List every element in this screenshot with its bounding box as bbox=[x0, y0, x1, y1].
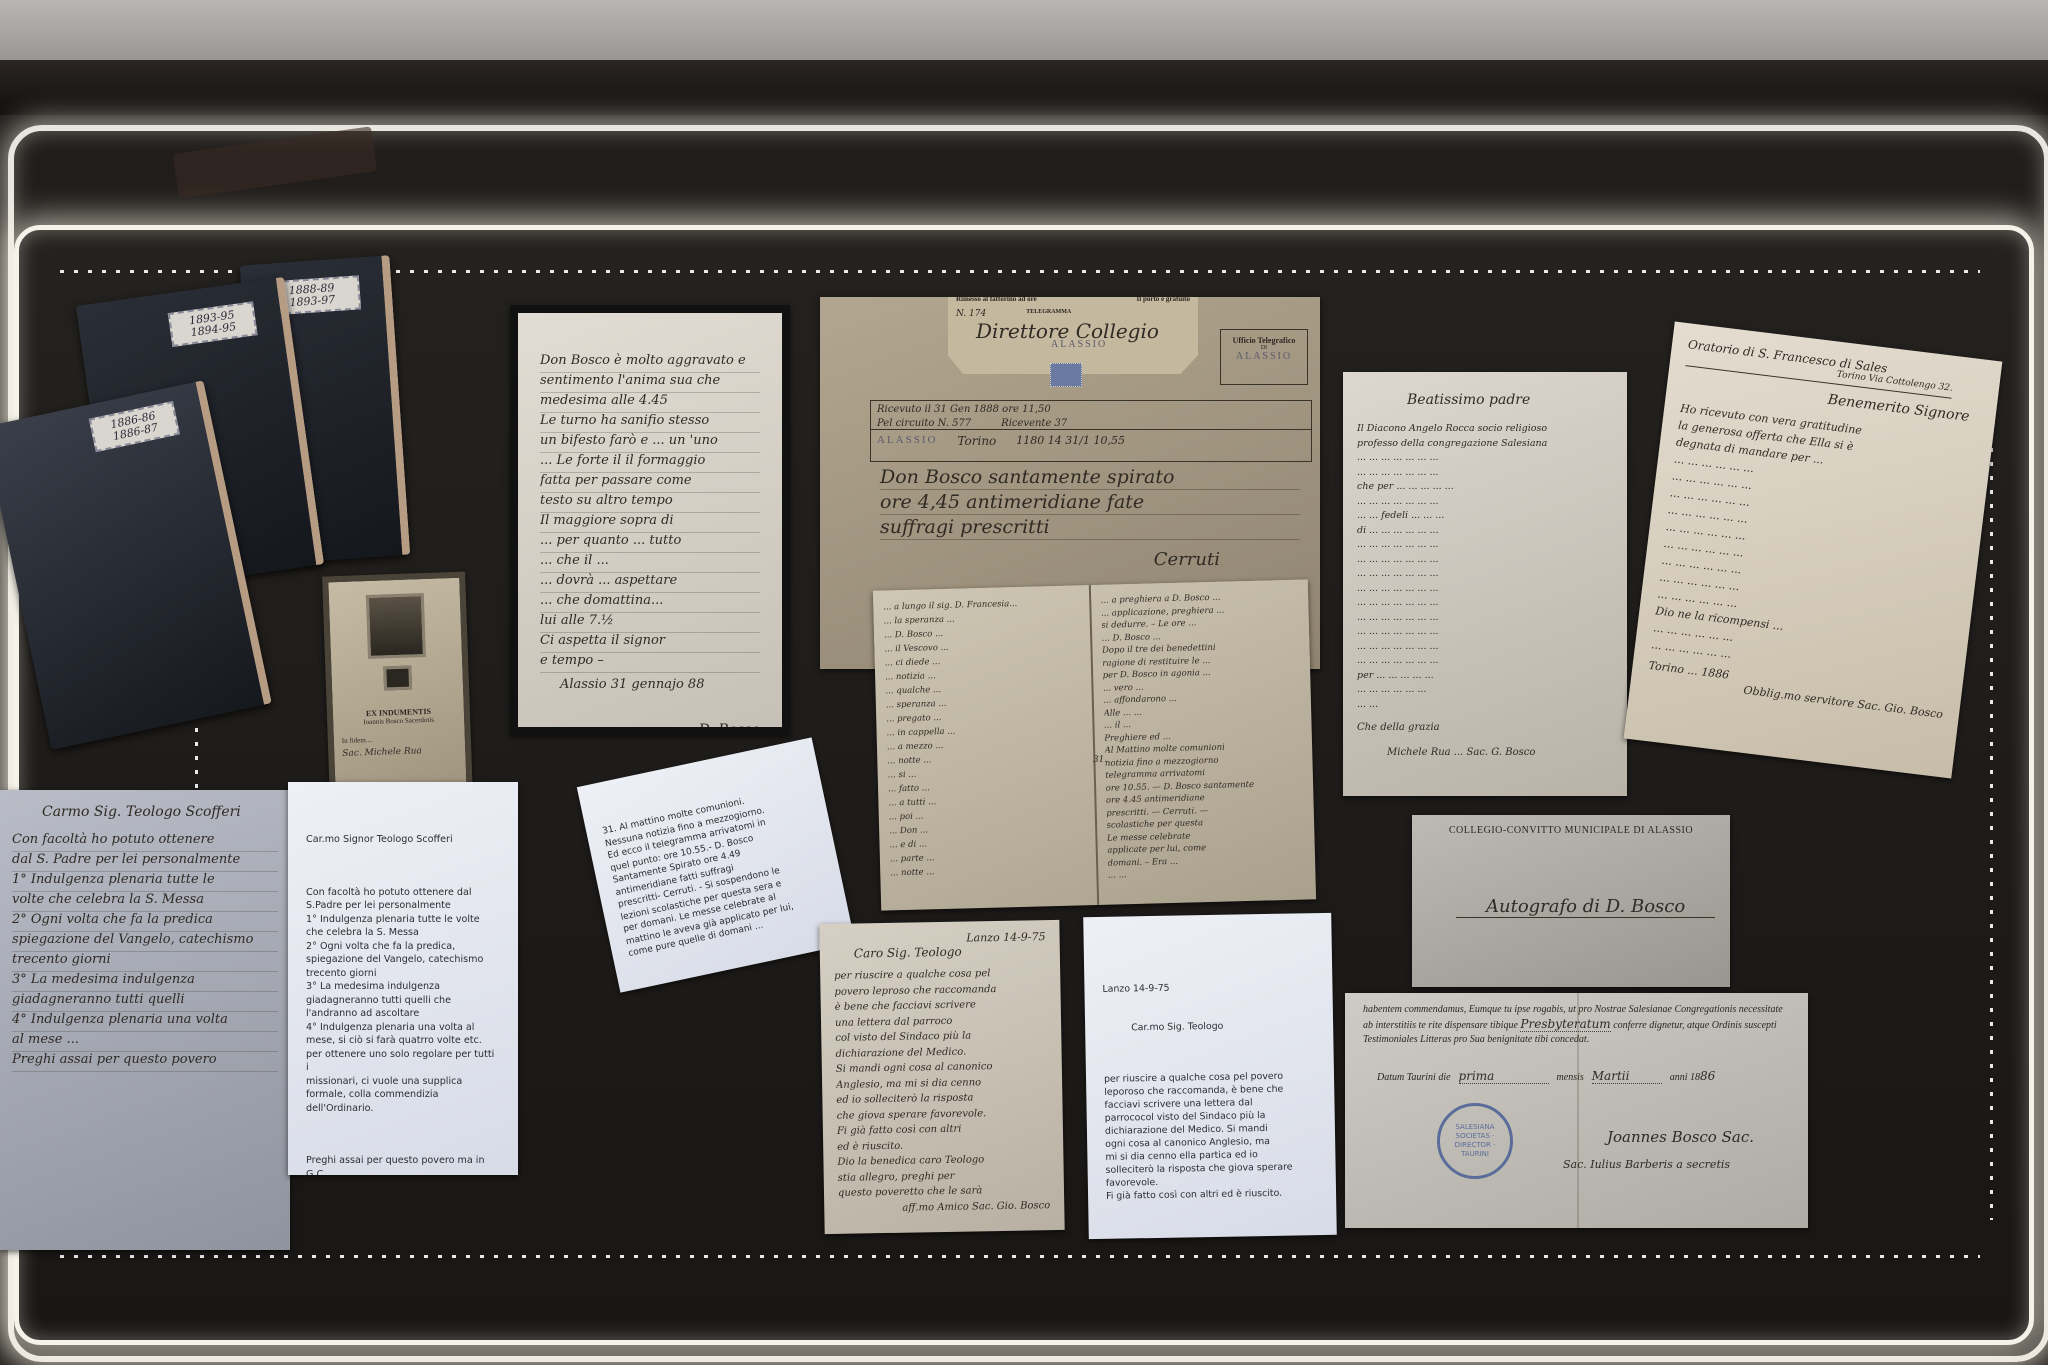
letter-line: ... ... ... ... ... ... ... bbox=[1357, 640, 1613, 655]
telegram-form-fields: Ricevuto il 31 Gen 1888 ore 11,50 Pel ci… bbox=[870, 400, 1312, 462]
letter-line: che per ... ... ... ... ... bbox=[1357, 480, 1613, 495]
datum-day: prima bbox=[1459, 1069, 1549, 1084]
letter-oratorio-san-francesco-di-sales[interactable]: Oratorio di S. Francesco di Sales Torino… bbox=[1624, 321, 2003, 778]
letter-line: Il maggiore sopra di bbox=[540, 513, 760, 533]
strip-type: TELEGRAMMA bbox=[1026, 309, 1071, 319]
letter-line: di ... ... ... ... ... ... bbox=[1357, 524, 1613, 539]
datum-label: Datum Taurini die bbox=[1377, 1072, 1451, 1083]
letter-line: professo della congregazione Salesiana bbox=[1357, 437, 1613, 452]
letter-line: 3° La medesima indulgenza bbox=[12, 972, 278, 992]
letter-alassio-31-gennaio-1888[interactable]: Don Bosco è molto aggravato e sentimento… bbox=[510, 305, 790, 735]
letter-line: ... ... ... ... ... ... ... bbox=[1357, 611, 1613, 626]
letter-line: giadagneranno tutti quelli bbox=[12, 992, 278, 1012]
strip-header-right: Il porto è gratuito bbox=[1137, 297, 1190, 303]
letter-line: e tempo – bbox=[540, 653, 760, 673]
chronicle-page-right: 31. ... a preghiera a D. Bosco ... ... a… bbox=[1090, 579, 1316, 905]
letter-line: ... dovrà ... aspettare bbox=[540, 573, 760, 593]
handwritten-insert: Presbyteratum bbox=[1520, 1017, 1610, 1032]
transcription-label-scofferi[interactable]: Car.mo Signor Teologo Scofferi Con facol… bbox=[288, 782, 518, 1175]
led-strip bbox=[60, 1255, 1980, 1258]
letter-line: ... ... fedeli ... ... ... bbox=[1357, 509, 1613, 524]
letter-line: Le turno ha sanifio stesso bbox=[540, 413, 760, 433]
telegram-sender: Cerruti bbox=[880, 548, 1300, 572]
letter-closing: Che della grazia bbox=[1357, 722, 1613, 733]
office-box: Ufficio Telegrafico DI ALASSIO bbox=[1220, 329, 1308, 385]
postage-stamp bbox=[1050, 363, 1082, 387]
strip-number: N. 174 bbox=[956, 309, 986, 319]
holy-card-fidem: In fidem.... bbox=[342, 733, 457, 745]
anni-value: 86 bbox=[1700, 1069, 1715, 1083]
letter-line: ... ... ... ... ... ... bbox=[1357, 683, 1613, 698]
letter-line: ... ... ... ... ... ... ... bbox=[1357, 625, 1613, 640]
signature-barberis: Sac. Iulius Barberis a secretis bbox=[1563, 1158, 1730, 1171]
letter-line: un bifesto farò e ... un 'uno bbox=[540, 433, 760, 453]
letter-line: ... che il ... bbox=[540, 553, 760, 573]
letter-line: ... ... ... ... ... ... ... bbox=[1357, 596, 1613, 611]
letter-signature: D. Rosso bbox=[540, 722, 760, 735]
field-ricevente: Ricevente 37 bbox=[1001, 418, 1067, 429]
label-greeting: Car.mo Sig. Teologo bbox=[1131, 1018, 1315, 1034]
letter-line: per ... ... ... ... ... bbox=[1357, 669, 1613, 684]
chronicle-notebook-open[interactable]: ... a lungo il sig. D. Francesia... ... … bbox=[873, 579, 1316, 910]
letter-line: Ci aspetta il signor bbox=[540, 633, 760, 653]
field-pel-circuito: Pel circuito N. 577 bbox=[877, 418, 971, 429]
mensis-label: mensis bbox=[1557, 1072, 1584, 1083]
letter-line: ... ... ... ... ... ... ... bbox=[1357, 451, 1613, 466]
letter-line: ... per quanto ... tutto bbox=[540, 533, 760, 553]
telegram-message-line: suffragi prescritti bbox=[880, 515, 1300, 540]
envelope-handwritten-note: Autografo di D. Bosco bbox=[1456, 896, 1715, 918]
letter-line: 4° Indulgenza plenaria una volta bbox=[12, 1012, 278, 1032]
label-body: 31. Al mattino molte comunioni. Nessuna … bbox=[601, 783, 833, 961]
letter-salutation: Beatissimo padre bbox=[1407, 392, 1613, 408]
mensis-value: Martii bbox=[1592, 1069, 1662, 1084]
strip-header-left: Rimesso al fattorino ad ore bbox=[956, 297, 1037, 303]
telegram-message-line: Don Bosco santamente spirato bbox=[880, 465, 1300, 490]
letter-line: ... Le forte il il formaggio bbox=[540, 453, 760, 473]
letter-line: ... ... ... ... ... ... ... bbox=[1357, 654, 1613, 669]
letter-line: Il Diacono Angelo Rocca socio religioso bbox=[1357, 422, 1613, 437]
case-frame-top bbox=[0, 60, 2048, 120]
field-provenienza: Torino bbox=[957, 434, 996, 448]
handwritten-letter-scofferi[interactable]: Carmo Sig. Teologo Scofferi Con facoltà … bbox=[0, 790, 290, 1250]
letter-line: ... ... ... ... ... ... ... bbox=[1357, 538, 1613, 553]
anni-label: anni 18 bbox=[1670, 1072, 1700, 1083]
letter-line: ... ... ... ... ... ... ... bbox=[1357, 466, 1613, 481]
led-strip bbox=[1990, 420, 1993, 1220]
letter-place-date: Alassio 31 gennajo 88 bbox=[560, 677, 760, 692]
label-body: per riuscire a qualche cosa pel povero l… bbox=[1104, 1069, 1318, 1203]
transcription-label-lanzo[interactable]: Lanzo 14-9-75 Car.mo Sig. Teologo per ri… bbox=[1083, 913, 1337, 1239]
field-ricevuto: Ricevuto il 31 Gen 1888 ore 11,50 bbox=[871, 401, 1311, 418]
letter-line: ... ... bbox=[1357, 698, 1613, 713]
office-box-title: Ufficio Telegrafico bbox=[1221, 336, 1307, 345]
notebook-label: 1893-95 1894-95 bbox=[168, 301, 258, 347]
label-body: Con facoltà ho potuto ottenere dal S.Pad… bbox=[306, 886, 500, 1116]
letter-line: trecento giorni bbox=[12, 952, 278, 972]
field-numero-data: 1180 14 31/1 10,55 bbox=[1016, 434, 1125, 448]
envelope-printed-header: COLLEGIO-CONVITTO MUNICIPALE DI ALASSIO bbox=[1426, 825, 1716, 836]
telegram-message-line: ore 4,45 antimeridiane fate bbox=[880, 490, 1300, 515]
chronicle-marginal-number: 31. bbox=[1093, 755, 1108, 765]
label-place-date: Lanzo 14-9-75 bbox=[1102, 979, 1314, 996]
letter-line: Don Bosco è molto aggravato e bbox=[540, 353, 760, 373]
letter-line: spiegazione del Vangelo, catechismo bbox=[12, 932, 278, 952]
letter-greeting: Caro Sig. Teologo bbox=[854, 943, 1046, 960]
letter-line: al mese ... bbox=[12, 1032, 278, 1052]
letter-line: Con facoltà ho potuto ottenere bbox=[12, 832, 278, 852]
seal-text: SALESIANA SOCIETAS · DIRECTOR · TAURINI bbox=[1447, 1123, 1503, 1159]
official-seal: SALESIANA SOCIETAS · DIRECTOR · TAURINI bbox=[1437, 1103, 1513, 1179]
label-greeting: Car.mo Signor Teologo Scofferi bbox=[306, 833, 500, 847]
letter-line: ... ... ... ... ... ... ... bbox=[1357, 553, 1613, 568]
envelope-collegio-alassio[interactable]: COLLEGIO-CONVITTO MUNICIPALE DI ALASSIO … bbox=[1412, 815, 1730, 987]
letter-line: ... ... ... ... ... ... ... bbox=[1357, 567, 1613, 582]
letter-lanzo-1875[interactable]: Lanzo 14-9-75 Caro Sig. Teologo per rius… bbox=[819, 920, 1064, 1234]
letter-line: Preghi assai per questo povero bbox=[12, 1052, 278, 1072]
letter-line: ... che domattina... bbox=[540, 593, 760, 613]
letter-line: 2° Ogni volta che fa la predica bbox=[12, 912, 278, 932]
letter-line: fatta per passare come bbox=[540, 473, 760, 493]
letter-line: volte che celebra la S. Messa bbox=[12, 892, 278, 912]
letter-line: 1° Indulgenza plenaria tutte le bbox=[12, 872, 278, 892]
notebook-label: 1886-86 1886-87 bbox=[89, 401, 180, 452]
letter-line: lui alle 7.½ bbox=[540, 613, 760, 633]
label-closing: Preghi assai per questo povero ma in G.C… bbox=[306, 1154, 500, 1175]
letter-line: medesima alle 4.45 bbox=[540, 393, 760, 413]
telegram-message: Don Bosco santamente spirato ore 4,45 an… bbox=[880, 465, 1300, 572]
letter-heading: Carmo Sig. Teologo Scofferi bbox=[42, 804, 278, 820]
holy-card-signature: Sac. Michele Rua bbox=[342, 745, 457, 759]
letter-line: sentimento l'anima sua che bbox=[540, 373, 760, 393]
field-destinazione: ALASSIO bbox=[877, 434, 937, 448]
office-box-city: ALASSIO bbox=[1221, 351, 1307, 362]
fold-line bbox=[1577, 993, 1579, 1228]
letter-beatissimo-padre[interactable]: Beatissimo padre Il Diacono Angelo Rocca… bbox=[1343, 372, 1627, 796]
signature-bosco: Joannes Bosco Sac. bbox=[1607, 1128, 1754, 1146]
testimonial-letter-1886[interactable]: habentem commendamus, Eumque tu ipse rog… bbox=[1345, 993, 1808, 1228]
chronicle-page-left: ... a lungo il sig. D. Francesia... ... … bbox=[873, 585, 1099, 911]
letter-line: ... ... ... ... ... ... ... bbox=[1357, 495, 1613, 510]
letter-line: dal S. Padre per lei personalmente bbox=[12, 852, 278, 872]
letter-signature: Michele Rua ... Sac. G. Bosco bbox=[1387, 747, 1613, 758]
letter-line: ... ... ... ... ... ... ... bbox=[1357, 582, 1613, 597]
cloth-relic bbox=[383, 666, 412, 691]
portrait-photo bbox=[365, 593, 425, 659]
letter-line: testo su altro tempo bbox=[540, 493, 760, 513]
holy-card-ex-indumentis[interactable]: EX INDUMENTIS Ioannis Bosco Sacerdotis I… bbox=[322, 572, 473, 802]
